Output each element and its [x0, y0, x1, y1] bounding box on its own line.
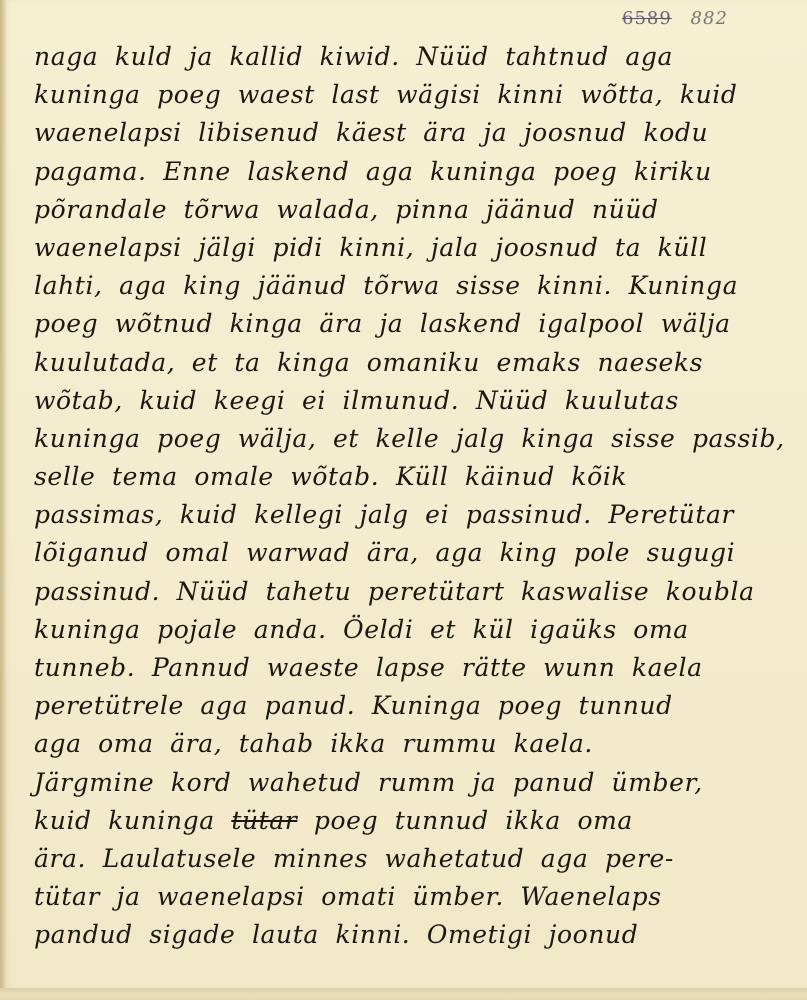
text-line: passimas, kuid kellegi jalg ei passinud.…	[34, 496, 804, 534]
archive-page-numbers: 6589 882	[622, 8, 728, 29]
text-line: naga kuld ja kallid kiwid. Nüüd tahtnud …	[34, 38, 804, 76]
text-line: kuninga pojale anda. Öeldi et kül igaüks…	[34, 611, 804, 649]
text-line: poeg wõtnud kinga ära ja laskend igalpoo…	[34, 305, 804, 343]
text-line: kuninga poeg waest last wägisi kinni wõt…	[34, 76, 804, 114]
manuscript-page: 6589 882 naga kuld ja kallid kiwid. Nüüd…	[0, 0, 807, 990]
text-line: ära. Laulatusele minnes wahetatud aga pe…	[34, 840, 804, 878]
text-line: kuulutada, et ta kinga omaniku emaks nae…	[34, 344, 804, 382]
handwritten-text-block: naga kuld ja kallid kiwid. Nüüd tahtnud …	[34, 38, 804, 955]
text-line: pagama. Enne laskend aga kuninga poeg ki…	[34, 153, 804, 191]
text-line: passinud. Nüüd tahetu peretütart kaswali…	[34, 573, 804, 611]
text-line: põrandale tõrwa walada, pinna jäänud nüü…	[34, 191, 804, 229]
text-line: pandud sigade lauta kinni. Ometigi joonu…	[34, 916, 804, 954]
text-line: Järgmine kord wahetud rumm ja panud ümbe…	[34, 764, 804, 802]
page-binding-edge	[0, 0, 6, 1000]
text-line: wõtab, kuid keegi ei ilmunud. Nüüd kuulu…	[34, 382, 804, 420]
text-line: lõiganud omal warwad ära, aga king pole …	[34, 534, 804, 572]
text-line: selle tema omale wõtab. Küll käinud kõik	[34, 458, 804, 496]
text-line: tütar ja waenelapsi omati ümber. Waenela…	[34, 878, 804, 916]
text-line: aga oma ära, tahab ikka rummu kaela.	[34, 725, 804, 763]
struck-word: tütar	[231, 806, 297, 835]
text-line: peretütrele aga panud. Kuninga poeg tunn…	[34, 687, 804, 725]
text-line: lahti, aga king jäänud tõrwa sisse kinni…	[34, 267, 804, 305]
text-line: waenelapsi jälgi pidi kinni, jala joosnu…	[34, 229, 804, 267]
page-bottom-edge	[0, 988, 807, 1000]
archive-number-crossed-out: 6589	[622, 8, 672, 29]
archive-number-current: 882	[691, 8, 728, 29]
text-line: kuninga poeg wälja, et kelle jalg kinga …	[34, 420, 804, 458]
text-line: tunneb. Pannud waeste lapse rätte wunn k…	[34, 649, 804, 687]
text-line: waenelapsi libisenud käest ära ja joosnu…	[34, 114, 804, 152]
text-line: kuid kuninga tütar poeg tunnud ikka oma	[34, 802, 804, 840]
